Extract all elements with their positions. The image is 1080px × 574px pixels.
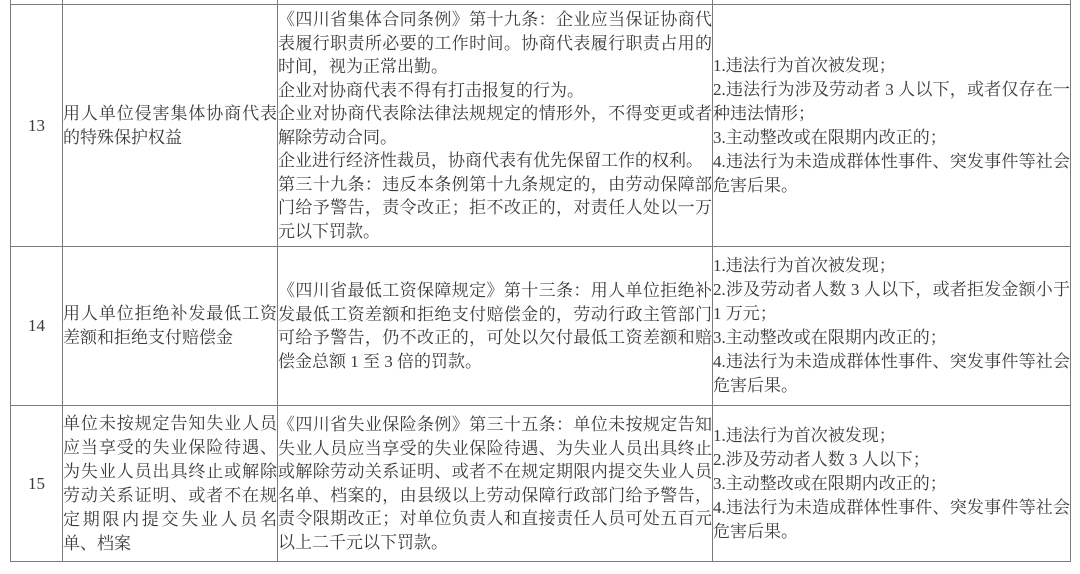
conditions-cell: 1.违法行为首次被发现；2.涉及劳动者人数 3 人以下；3.主动整改或在限期内改… bbox=[713, 406, 1071, 562]
condition-item: 3.主动整改或在限期内改正的； bbox=[713, 472, 1070, 496]
violation-text: 用人单位拒绝补发最低工资差额和拒绝支付赔偿金 bbox=[63, 304, 277, 347]
condition-item: 4.违法行为未造成群体性事件、突发事件等社会危害后果。 bbox=[713, 350, 1070, 398]
legal-paragraph: 企业对协商代表除法律法规规定的情形外，不得变更或者解除劳动合同。 bbox=[278, 102, 712, 149]
row-number: 13 bbox=[28, 116, 45, 135]
row-number-cell: 15 bbox=[11, 406, 63, 562]
condition-item: 4.违法行为未造成群体性事件、突发事件等社会危害后果。 bbox=[713, 150, 1070, 198]
row-number: 15 bbox=[28, 474, 45, 493]
legal-paragraph: 企业对协商代表不得有打击报复的行为。 bbox=[278, 79, 712, 103]
legal-paragraph: 《四川省失业保险条例》第三十五条：单位未按规定告知失业人员应当享受的失业保险待遇… bbox=[278, 413, 712, 554]
condition-item: 1.违法行为首次被发现； bbox=[713, 424, 1070, 448]
legal-basis-cell: 《四川省失业保险条例》第三十五条：单位未按规定告知失业人员应当享受的失业保险待遇… bbox=[278, 406, 713, 562]
table-row: 14用人单位拒绝补发最低工资差额和拒绝支付赔偿金《四川省最低工资保障规定》第十三… bbox=[11, 247, 1071, 406]
condition-item: 1.违法行为首次被发现； bbox=[713, 254, 1070, 278]
legal-paragraph: 第三十九条：违反本条例第十九条规定的，由劳动保障部门给予警告，责令改正；拒不改正… bbox=[278, 173, 712, 244]
condition-item: 2.违法行为涉及劳动者 3 人以下，或者仅存在一种违法情形； bbox=[713, 78, 1070, 126]
table-row: 13用人单位侵害集体协商代表的特殊保护权益《四川省集体合同条例》第十九条：企业应… bbox=[11, 5, 1071, 247]
row-number-cell: 13 bbox=[11, 5, 63, 247]
row-number: 14 bbox=[28, 316, 45, 335]
condition-item: 4.违法行为未造成群体性事件、突发事件等社会危害后果。 bbox=[713, 496, 1070, 544]
condition-item: 2.涉及劳动者人数 3 人以下； bbox=[713, 448, 1070, 472]
conditions-cell: 1.违法行为首次被发现；2.涉及劳动者人数 3 人以下，或者拒发金额小于 1 万… bbox=[713, 247, 1071, 406]
row-number-cell: 14 bbox=[11, 247, 63, 406]
violation-cell: 单位未按规定告知失业人员应当享受的失业保险待遇、为失业人员出具终止或解除劳动关系… bbox=[63, 406, 278, 562]
legal-paragraph: 企业进行经济性裁员，协商代表有优先保留工作的权利。 bbox=[278, 149, 712, 173]
violation-text: 用人单位侵害集体协商代表的特殊保护权益 bbox=[63, 104, 277, 147]
conditions-cell: 1.违法行为首次被发现；2.违法行为涉及劳动者 3 人以下，或者仅存在一种违法情… bbox=[713, 5, 1071, 247]
legal-paragraph: 《四川省最低工资保障规定》第十三条：用人单位拒绝补发最低工资差额和拒绝支付赔偿金… bbox=[278, 279, 712, 373]
violation-cell: 用人单位拒绝补发最低工资差额和拒绝支付赔偿金 bbox=[63, 247, 278, 406]
regulation-table: 13用人单位侵害集体协商代表的特殊保护权益《四川省集体合同条例》第十九条：企业应… bbox=[10, 0, 1071, 562]
document-page: 13用人单位侵害集体协商代表的特殊保护权益《四川省集体合同条例》第十九条：企业应… bbox=[0, 0, 1080, 574]
condition-item: 1.违法行为首次被发现； bbox=[713, 54, 1070, 78]
table-row: 15单位未按规定告知失业人员应当享受的失业保险待遇、为失业人员出具终止或解除劳动… bbox=[11, 406, 1071, 562]
violation-text: 单位未按规定告知失业人员应当享受的失业保险待遇、为失业人员出具终止或解除劳动关系… bbox=[63, 414, 277, 553]
violation-cell: 用人单位侵害集体协商代表的特殊保护权益 bbox=[63, 5, 278, 247]
legal-basis-cell: 《四川省集体合同条例》第十九条：企业应当保证协商代表履行职责所必要的工作时间。协… bbox=[278, 5, 713, 247]
legal-paragraph: 《四川省集体合同条例》第十九条：企业应当保证协商代表履行职责所必要的工作时间。协… bbox=[278, 8, 712, 79]
condition-item: 3.主动整改或在限期内改正的； bbox=[713, 126, 1070, 150]
legal-basis-cell: 《四川省最低工资保障规定》第十三条：用人单位拒绝补发最低工资差额和拒绝支付赔偿金… bbox=[278, 247, 713, 406]
condition-item: 3.主动整改或在限期内改正的； bbox=[713, 326, 1070, 350]
condition-item: 2.涉及劳动者人数 3 人以下，或者拒发金额小于 1 万元； bbox=[713, 278, 1070, 326]
